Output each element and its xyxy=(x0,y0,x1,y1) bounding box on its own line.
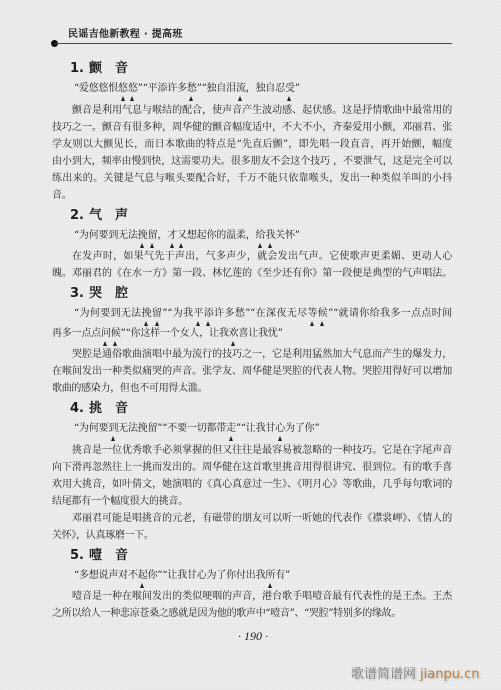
section-title: 气 声 xyxy=(89,208,128,223)
section-heading: 3.哭 腔 xyxy=(52,284,452,304)
triangle-marker-icon xyxy=(150,243,154,248)
section-number: 2. xyxy=(70,208,84,223)
triangle-marker-icon xyxy=(170,243,174,248)
triangle-marker-icon xyxy=(111,436,115,441)
triangle-marker-icon xyxy=(121,96,125,101)
paragraph: 挑音是一位优秀歌手必须掌握的但又往往是最容易被忽略的一种技巧。它是在字尾声音向下… xyxy=(52,442,452,510)
section-title: 哭 腔 xyxy=(89,286,128,301)
lyric-examples: “多想说声对不起你”“让我甘心为了你付出我所有” xyxy=(52,569,452,589)
lyric-examples: “为何要到无法挽留”“不要一切都带走”“让我甘心为了你” xyxy=(52,422,452,442)
lyric-examples: “为何要到无法挽留，才又想起你的温柔，给我关怀” xyxy=(52,229,452,249)
paragraph-line: 在发声时，如果气先于声出，气多声少，就会发出气声。它使歌声更柔媚、更动人心 xyxy=(52,248,452,265)
paragraph-line: 颤音是利用气息与喉结的配合，使声音产生波动感、起伏感。这是抒情歌曲中最常用的 xyxy=(52,102,452,119)
section-sobbing-tone: 3.哭 腔“为何要到无法挽留”“为我平添许多愁”“在深夜无尽等候”“就请你给我多… xyxy=(52,284,452,397)
emphasized-char: 受 xyxy=(285,83,295,94)
paragraph-line: 邓丽君可能是唱挑音的元老，有磁带的朋友可以听一听她的代表作《襟裳岬》、《情人的 xyxy=(52,510,452,527)
section-breathy-voice: 2.气 声“为何要到无法挽留，才又想起你的温柔，给我关怀”在发声时，如果气先于声… xyxy=(52,206,452,283)
paragraph-line: 哭腔是通俗歌曲演唱中最为流行的技巧之一，它是利用猛然加大气息而产生的爆发力， xyxy=(52,346,452,363)
section-number: 4. xyxy=(70,401,84,416)
section-title: 挑 音 xyxy=(89,401,128,416)
emphasized-char: 起 xyxy=(138,570,148,581)
emphasized-char: 等 xyxy=(307,308,317,319)
emphasized-char: 走 xyxy=(226,423,236,434)
section-number: 1. xyxy=(70,61,84,76)
lyric-examples: “为何要到无法挽留”“为我平添许多愁”“在深夜无尽等候”“就请你给我多一点点时间… xyxy=(52,307,452,346)
triangle-marker-icon xyxy=(189,96,193,101)
paragraph-line: 关怀》，认真琢磨一下。 xyxy=(52,527,452,544)
paragraph-line: 歌曲的感染力，但也不可用得太滥。 xyxy=(52,380,452,397)
triangle-marker-icon xyxy=(229,436,233,441)
emphasized-char: 所 xyxy=(265,570,275,581)
triangle-marker-icon xyxy=(179,243,183,248)
section-title: 颤 音 xyxy=(89,61,128,76)
triangle-marker-icon xyxy=(103,341,107,346)
page-number: · 190 · xyxy=(203,629,303,643)
emphasized-char: 平 xyxy=(193,308,203,319)
lyric-examples: “爱悠悠恨悠悠”“平添许多愁”“独自泪流，独自忍受” xyxy=(52,82,452,102)
section-flip-tone: 4.挑 音“为何要到无法挽留”“不要一切都带走”“让我甘心为了你”挑音是一位优秀… xyxy=(52,399,452,544)
emphasized-char: 问 xyxy=(101,328,111,339)
emphasized-char: 悠 xyxy=(128,83,138,94)
triangle-marker-icon xyxy=(310,321,314,326)
emphasized-char: 候 xyxy=(318,308,328,319)
paragraph-line: 技巧之一。颤音有很多种，周华健的颤音幅度适中，不大不小，齐秦爱用小颤，邓丽君、张 xyxy=(52,119,452,136)
emphasized-char: 留 xyxy=(148,230,158,241)
paragraph-line: 练出来的。关键是气息与喉头要配合好，千万不能只依靠喉头，发出一种类似羊叫的小抖 xyxy=(52,170,452,187)
paragraph: 噎音是一种在喉间发出的类似哽咽的声音，港台歌手唱噎音最有代表性的是王杰。王杰之所… xyxy=(52,588,452,622)
section-choking-tone: 5.噎 音“多想说声对不起你”“让我甘心为了你付出我所有”噎音是一种在喉间发出的… xyxy=(52,546,452,623)
paragraph-line: 欢用大挑音，如叶倩文，她演唱的《真心真意过一生》、《明月心》等歌曲，几乎每句歌词… xyxy=(52,476,452,493)
lyric-example-line: “为何要到无法挽留”“不要一切都带走”“让我甘心为了你” xyxy=(52,422,452,442)
emphasized-char: 流 xyxy=(236,83,246,94)
triangle-marker-icon xyxy=(155,321,159,326)
emphasized-char: 挽 xyxy=(142,308,152,319)
emphasized-char: 挽 xyxy=(138,230,148,241)
book-page: 民谣吉他新教程 · 提高班 1.颤 音“爱悠悠恨悠悠”“平添许多愁”“独自泪流，… xyxy=(0,0,501,690)
emphasized-char: 欢 xyxy=(229,328,239,339)
triangle-marker-icon xyxy=(258,243,262,248)
triangle-marker-icon xyxy=(268,583,272,588)
paragraph-line: 由小到大，频率由慢到快，这需要功夫。很多朋友不会这个技巧 ，不要泄气，这是完全可… xyxy=(52,153,452,170)
paragraph: 邓丽君可能是唱挑音的元老，有磁带的朋友可以听一听她的代表作《襟裳岬》、《情人的关… xyxy=(52,510,452,544)
triangle-marker-icon xyxy=(231,341,235,346)
triangle-marker-icon xyxy=(144,321,148,326)
paragraph-line: 之所以给人一种悲凉苍桑之感就是因为他的歌声中“噎音”、“哭腔”特别多的缘故。 xyxy=(52,605,452,622)
running-header: 民谣吉他新教程 · 提高班 xyxy=(68,29,183,41)
triangle-marker-icon xyxy=(113,341,117,346)
paragraph-line: 挑音是一位优秀歌手必须掌握的但又往往是最容易被忽略的一种技巧。它是在字尾声音 xyxy=(52,442,452,459)
paragraph-line: 噎音是一种在喉间发出的类似哽咽的声音，港台歌手唱噎音最有代表性的是王杰。王杰 xyxy=(52,588,452,605)
paragraph-line: 在喉间发出一种类似痛哭的声音。张学友、周华健是哭腔的代表人物。哭腔用得好可以增加 xyxy=(52,363,452,380)
header-rule xyxy=(55,43,452,44)
emphasized-char: 悠 xyxy=(118,83,128,94)
section-heading: 2.气 声 xyxy=(52,206,452,226)
watermark: 歌谱简谱网jianpu.cn xyxy=(351,667,479,683)
triangle-marker-icon xyxy=(287,96,291,101)
paragraph: 颤音是利用气息与喉结的配合，使声音产生波动感、起伏感。这是抒情歌曲中最常用的技巧… xyxy=(52,102,452,204)
paragraph-line: 学友则以大颤见长，而日本歌曲的特点是“先直后颤”，即先唱一段直音，再开始颤，幅度 xyxy=(52,136,452,153)
lyric-example-line: “为何要到无法挽留”“为我平添许多愁”“在深夜无尽等候”“就请你给我多一点点时间 xyxy=(52,307,452,327)
lyric-example-line: “为何要到无法挽留，才又想起你的温柔，给我关怀” xyxy=(52,229,452,249)
emphasized-char: 又 xyxy=(177,230,187,241)
lyric-example-line: “多想说声对不起你”“让我甘心为了你付出我所有” xyxy=(52,569,452,589)
section-title: 噎 音 xyxy=(89,548,128,563)
emphasized-char: 候 xyxy=(111,328,121,339)
triangle-marker-icon xyxy=(268,243,272,248)
paragraph-line: 结尾都有一个幅度很大的挑音。 xyxy=(52,493,452,510)
emphasized-char: 添 xyxy=(204,308,214,319)
lyric-example-line: “爱悠悠恨悠悠”“平添许多愁”“独自泪流，独自忍受” xyxy=(52,82,452,102)
book-title: 民谣吉他新教程 · 提高班 xyxy=(68,29,183,40)
triangle-marker-icon xyxy=(238,96,242,101)
emphasized-char: 我 xyxy=(265,230,275,241)
paragraph-line: 魄。邓丽君的《在水一方》第一段、林忆莲的《至少还有你》第一段便是典型的气声唱法。 xyxy=(52,265,452,282)
paragraph: 哭腔是通俗歌曲演唱中最为流行的技巧之一，它是利用猛然加大气息而产生的爆发力，在喉… xyxy=(52,346,452,397)
lyric-example-line: 再多一点点问候”“你这样一个女人，让我欢喜让我忧” xyxy=(52,327,452,347)
triangle-marker-icon xyxy=(196,321,200,326)
triangle-marker-icon xyxy=(140,243,144,248)
emphasized-char: 心 xyxy=(275,423,285,434)
emphasized-char: 留 xyxy=(152,308,162,319)
emphasized-char: 到 xyxy=(108,423,118,434)
triangle-marker-icon xyxy=(320,321,324,326)
section-heading: 5.噎 音 xyxy=(52,546,452,566)
triangle-marker-icon xyxy=(278,436,282,441)
page-content: 1.颤 音“爱悠悠恨悠悠”“平添许多愁”“独自泪流，独自忍受”颤音是利用气息与喉… xyxy=(52,59,452,622)
emphasized-char: 才 xyxy=(167,230,177,241)
paragraph: 在发声时，如果气先于声出，气多声少，就会发出气声。它使歌声更柔媚、更动人心魄。邓… xyxy=(52,248,452,282)
emphasized-char: 愁 xyxy=(187,83,197,94)
paragraph-line: 向下滑再忽然往上一挑而发出的。周华健在这首歌里挑音用得很讲究、很到位。有的歌手喜 xyxy=(52,459,452,476)
emphasized-char: 给 xyxy=(256,230,266,241)
section-heading: 4.挑 音 xyxy=(52,399,452,419)
triangle-marker-icon xyxy=(206,321,210,326)
watermark-domain: jianpu.cn xyxy=(420,667,479,682)
watermark-site-name: 歌谱简谱网 xyxy=(351,667,416,682)
paragraph-line: 音。 xyxy=(52,187,452,204)
section-number: 3. xyxy=(70,286,84,301)
triangle-marker-icon xyxy=(140,583,144,588)
section-heading: 1.颤 音 xyxy=(52,59,452,79)
triangle-marker-icon xyxy=(130,96,134,101)
section-vibrato: 1.颤 音“爱悠悠恨悠悠”“平添许多愁”“独自泪流，独自忍受”颤音是利用气息与喉… xyxy=(52,59,452,204)
section-number: 5. xyxy=(70,548,84,563)
